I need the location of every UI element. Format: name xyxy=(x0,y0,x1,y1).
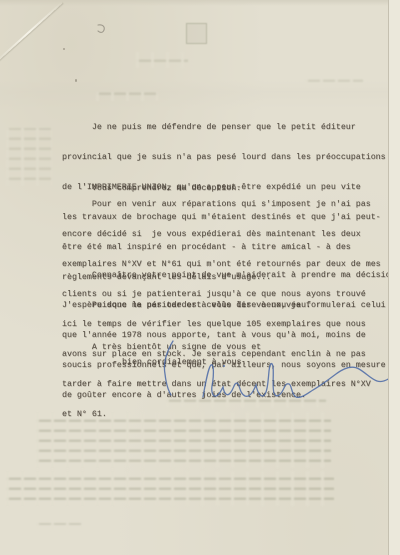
bleedthrough-text-block xyxy=(6,471,334,506)
text-line: encore décidé si je vous expédierai dès … xyxy=(62,230,381,240)
text-line: bien cordialement à vous. xyxy=(122,358,246,368)
bleedthrough-text-block xyxy=(36,523,82,531)
letterhead-bleedthrough-square xyxy=(186,23,207,44)
text-line: Pour en venir aux réparations qui s'impo… xyxy=(62,200,381,210)
bleedthrough-text-block xyxy=(6,128,52,186)
paper-crease xyxy=(0,1,63,64)
scanned-letter-page: Je ne puis me défendre de penser que le … xyxy=(0,0,400,555)
text-line: provincial que je suis n'a pas pesé lour… xyxy=(62,153,386,163)
bleedthrough-text-block xyxy=(305,76,363,88)
text-line: Puisque la période est celle des voeux, … xyxy=(62,301,386,311)
bleedthrough-text-block xyxy=(136,52,188,68)
text-line: Connaître votre point de vue m'aiderait … xyxy=(62,271,400,281)
scan-page-edge xyxy=(388,0,400,555)
text-line: Je ne puis me défendre de penser que le … xyxy=(62,123,386,133)
bleedthrough-text-block xyxy=(96,92,158,101)
paper-speck xyxy=(75,79,77,82)
text-line: de goûter encore à d'autres joies de l'e… xyxy=(62,391,386,401)
closing-salutation: bien cordialement à vous. xyxy=(122,338,246,388)
handwritten-margin-mark xyxy=(98,25,104,33)
paper-speck xyxy=(63,48,65,50)
